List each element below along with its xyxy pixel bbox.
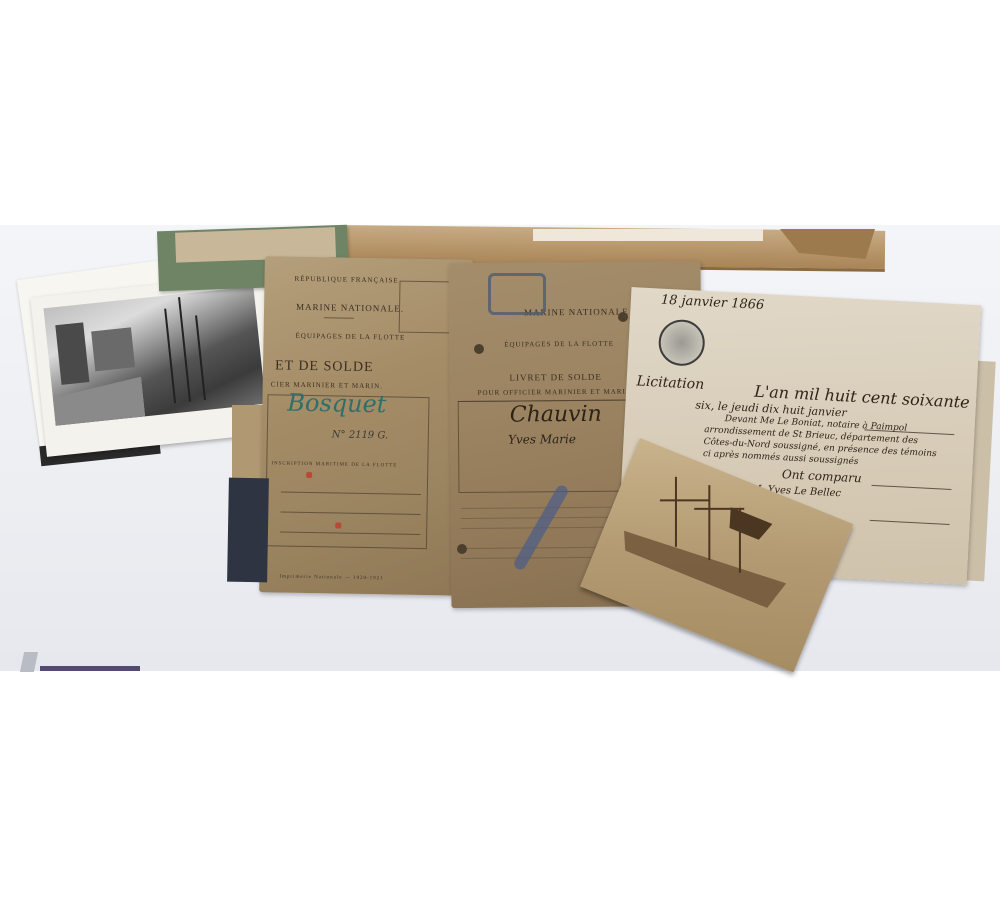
building [91,327,135,371]
boat-mast [195,315,206,400]
ink-rule [871,485,951,490]
ship-mast [675,477,677,547]
red-mark [306,472,312,478]
divider [324,317,354,319]
letter-line-7: Ont comparu [782,467,862,485]
rivet [457,544,467,554]
header-republique: RÉPUBLIQUE FRANÇAISE [294,275,398,285]
blue-ink-stamp [488,273,546,315]
rivet [474,344,484,354]
booklet-title: ET DE SOLDE [275,358,374,376]
ministry-label: MARINE NATIONALE. [296,302,404,314]
letter-date: 18 janvier 1866 [661,293,765,313]
small-boat [723,507,772,542]
booklet-subtitle: POUR OFFICIER MARINIER ET MARIN [478,388,632,397]
photo-scene: RÉPUBLIQUE FRANÇAISE MARINE NATIONALE. É… [0,0,1000,900]
livret-de-solde-left: RÉPUBLIQUE FRANÇAISE MARINE NATIONALE. É… [259,256,473,596]
rivet [618,312,628,322]
building [55,322,89,385]
booklet-footer: Imprimerie Nationale — 1920-1921 [279,575,383,582]
booklet-title: LIVRET DE SOLDE [509,372,601,383]
registration-number: N° 2119 G. [332,429,389,441]
unit-label: ÉQUIPAGES DE LA FLOTTE [504,340,614,349]
imperial-stamp-seal [658,319,706,367]
margin-note: Licitation [636,373,704,393]
handwritten-surname: Bosquet [287,389,387,419]
boat-mast [178,297,191,402]
booklet-dark-spine [227,478,269,583]
ship-yard [660,499,710,501]
paper-in-box [533,229,763,241]
unit-label: ÉQUIPAGES DE LA FLOTTE [295,332,405,342]
boat-mast [164,309,176,404]
table-edge-shadow [40,666,140,671]
red-mark [335,522,341,528]
ship-mast [708,485,710,560]
ink-rule [870,520,950,525]
